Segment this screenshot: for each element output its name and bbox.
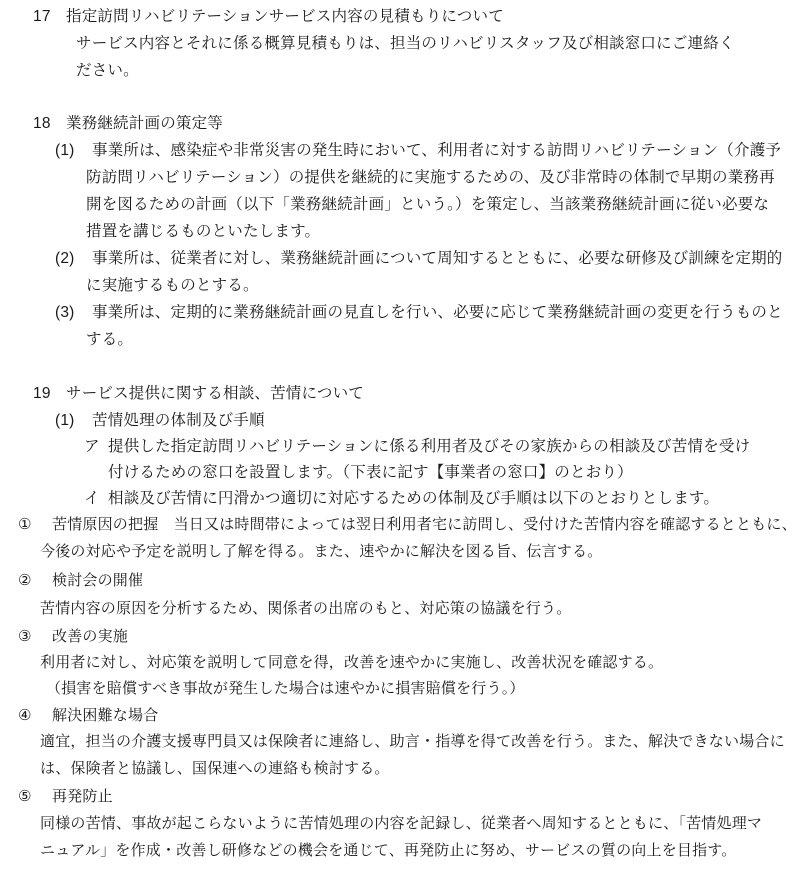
circled-number: ⑤ (18, 786, 52, 808)
circled-number: ② (18, 570, 52, 592)
section-number: 19 (33, 383, 66, 405)
circled-clause-1: ①苦情原因の把握 当日又は時間帯によっては翌日利用者宅に訪問し、受付けた苦情内容… (18, 514, 797, 536)
section-heading-18: 18業務継続計画の策定等 (33, 113, 223, 135)
circled-clause-5-continuation: 同様の苦情、事故が起こらないように苦情処理の内容を記録し、従業者へ周知するととも… (40, 813, 762, 835)
circled-clause-5-continuation: ニュアル」を作成・改善し研修などの機会を通じて、再発防止に努め、サービスの質の向… (40, 840, 737, 862)
line-text: する。 (86, 331, 133, 348)
line-text: 提供した指定訪問リハビリテーションに係る利用者及びその家族からの相談及び苦情を受… (108, 438, 750, 455)
section-17-body-line: サービス内容とそれに係る概算見積もりは、担当のリハビリスタッフ及び相談窓口にご連… (76, 33, 735, 55)
section-number: 17 (33, 6, 66, 28)
section-17-body-line: ださい。 (76, 60, 139, 82)
line-text: 開を図るための計画（以下「業務継続計画」という。）を策定し、当該業務継続計画に従… (86, 196, 769, 213)
line-text: ださい。 (76, 62, 139, 79)
line-text: 適宜，担当の介護支援専門員又は保険者に連絡し、助言・指導を得て改善を行う。また、… (40, 733, 785, 750)
line-text: は、保険者と協議し、国保連への連絡も検討する。 (40, 760, 390, 777)
clause-18-2: (2)事業所は、従業者に対し、業務継続計画について周知するとともに、必要な研修及… (55, 248, 783, 270)
subitem-a: ア提供した指定訪問リハビリテーションに係る利用者及びその家族からの相談及び苦情を… (84, 436, 750, 458)
line-text: 再発防止 (52, 788, 113, 805)
circled-clause-4: ④解決困難な場合 (18, 705, 158, 727)
clause-18-3-continuation: する。 (86, 329, 133, 351)
circled-clause-3: ③改善の実施 (18, 626, 128, 648)
section-heading-19: 19サービス提供に関する相談、苦情について (33, 383, 364, 405)
circled-clause-1-continuation: 今後の対応や予定を説明し了解を得る。また、速やかに解決を図る旨、伝言する。 (40, 541, 602, 563)
line-text: 改善の実施 (52, 628, 128, 645)
line-text: （損害を賠償すべき事故が発生した場合は速やかに損害賠償を行う。） (46, 680, 525, 697)
section-title: サービス提供に関する相談、苦情について (66, 385, 364, 402)
clause-18-3: (3)事業所は、定期的に業務継続計画の見直しを行い、必要に応じて業務継続計画の変… (55, 302, 783, 324)
circled-number: ④ (18, 705, 52, 727)
line-text: 事業所は、定期的に業務継続計画の見直しを行い、必要に応じて業務継続計画の変更を行… (92, 304, 783, 321)
circled-clause-2-continuation: 苦情内容の原因を分析するため、関係者の出席のもと、対応策の協議を行う。 (40, 598, 571, 620)
line-text: 相談及び苦情に円滑かつ適切に対応するための体制及び手順は以下のとおりとします。 (108, 490, 719, 507)
katakana-marker: イ (84, 488, 108, 510)
clause-19-1: (1)苦情処理の体制及び手順 (55, 410, 265, 432)
document-page: 17指定訪問リハビリテーションサービス内容の見積もりについて サービス内容とそれ… (0, 0, 800, 872)
line-text: 今後の対応や予定を説明し了解を得る。また、速やかに解決を図る旨、伝言する。 (40, 543, 602, 560)
circled-clause-2: ②検討会の開催 (18, 570, 143, 592)
clause-18-1-continuation: 措置を講じるものといたします。 (86, 221, 320, 243)
line-text: サービス内容とそれに係る概算見積もりは、担当のリハビリスタッフ及び相談窓口にご連… (76, 35, 735, 52)
section-heading-17: 17指定訪問リハビリテーションサービス内容の見積もりについて (33, 6, 504, 28)
line-text: 苦情原因の把握 当日又は時間帯によっては翌日利用者宅に訪問し、受付けた苦情内容を… (52, 516, 797, 533)
line-text: 付けるための窓口を設置します。（下表に記す【事業者の窓口】のとおり） (108, 464, 633, 481)
line-text: 防訪問リハビリテーション）の提供を継続的に実施するための、及び非常時の体制で早期… (86, 169, 775, 186)
circled-clause-4-continuation: 適宜，担当の介護支援専門員又は保険者に連絡し、助言・指導を得て改善を行う。また、… (40, 731, 785, 753)
section-number: 18 (33, 113, 66, 135)
item-number: (2) (55, 248, 92, 270)
line-text: 苦情内容の原因を分析するため、関係者の出席のもと、対応策の協議を行う。 (40, 600, 571, 617)
item-number: (1) (55, 410, 92, 432)
section-title: 指定訪問リハビリテーションサービス内容の見積もりについて (66, 8, 504, 25)
line-text: ニュアル」を作成・改善し研修などの機会を通じて、再発防止に努め、サービスの質の向… (40, 842, 737, 859)
subitem-a-continuation: 付けるための窓口を設置します。（下表に記す【事業者の窓口】のとおり） (108, 462, 633, 484)
katakana-marker: ア (84, 436, 108, 458)
circled-clause-5: ⑤再発防止 (18, 786, 113, 808)
line-text: 苦情処理の体制及び手順 (92, 412, 265, 429)
line-text: 解決困難な場合 (52, 707, 158, 724)
clause-18-1-continuation: 防訪問リハビリテーション）の提供を継続的に実施するための、及び非常時の体制で早期… (86, 167, 775, 189)
line-text: 措置を講じるものといたします。 (86, 223, 320, 240)
circled-clause-4-continuation: は、保険者と協議し、国保連への連絡も検討する。 (40, 758, 390, 780)
subitem-i: イ相談及び苦情に円滑かつ適切に対応するための体制及び手順は以下のとおりとします。 (84, 488, 719, 510)
item-number: (1) (55, 140, 92, 162)
line-text: 事業所は、感染症や非常災害の発生時において、利用者に対する訪問リハビリテーション… (92, 142, 781, 159)
clause-18-1: (1)事業所は、感染症や非常災害の発生時において、利用者に対する訪問リハビリテー… (55, 140, 781, 162)
item-number: (3) (55, 302, 92, 324)
line-text: 検討会の開催 (52, 572, 143, 589)
section-title: 業務継続計画の策定等 (66, 115, 223, 132)
line-text: 事業所は、従業者に対し、業務継続計画について周知するとともに、必要な研修及び訓練… (92, 250, 783, 267)
line-text: 同様の苦情、事故が起こらないように苦情処理の内容を記録し、従業者へ周知するととも… (40, 815, 762, 832)
clause-18-1-continuation: 開を図るための計画（以下「業務継続計画」という。）を策定し、当該業務継続計画に従… (86, 194, 769, 216)
circled-clause-3-continuation: 利用者に対し、対応策を説明して同意を得，改善を速やかに実施し、改善状況を確認する… (40, 652, 663, 674)
line-text: に実施するものとする。 (86, 277, 259, 294)
circled-number: ③ (18, 626, 52, 648)
line-text: 利用者に対し、対応策を説明して同意を得，改善を速やかに実施し、改善状況を確認する… (40, 654, 663, 671)
circled-clause-3-paren-note: （損害を賠償すべき事故が発生した場合は速やかに損害賠償を行う。） (46, 678, 525, 700)
clause-18-2-continuation: に実施するものとする。 (86, 275, 259, 297)
circled-number: ① (18, 514, 52, 536)
